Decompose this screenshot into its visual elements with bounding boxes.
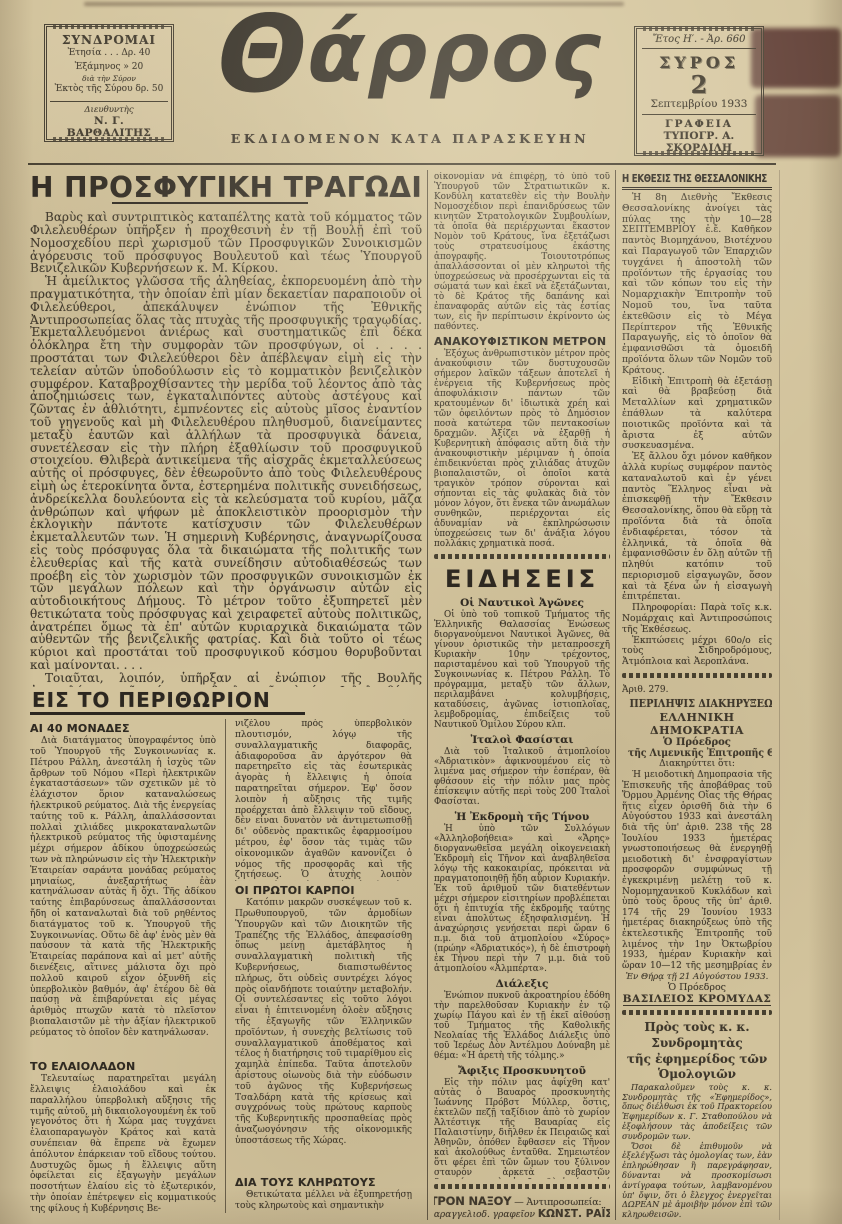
main-headline: Η ΠΡΟΣΦΥΓΙΚΗ ΤΡΑΓΩΔΙΑ xyxy=(30,172,422,204)
signature-name: ΒΑΣΙΛΕΙΟΣ ΚΡΟΜΥΔΑΣ xyxy=(622,993,772,1005)
article-elaioladon: ΤΟ ΕΛΑΙΟΛΑΔΟΝ Τελευταίως παρατηρεῖται με… xyxy=(30,1057,216,1213)
masthead-title-rest: άρρος xyxy=(307,3,602,101)
article-paragraph: Ἐκπτώσεις μέχρι 60ο/ο εἰς τοὺς Σιδηροδρό… xyxy=(622,636,772,668)
issue-box: Ἔτος Η′. - Ἀρ. 660 ΣΥΡΟΣ 2 Σεπτεμβρίου 1… xyxy=(634,26,764,156)
notice-title: ΠΕΡΙΛΗΨΙΣ ΔΙΑΚΗΡΥΞΕΩΣ xyxy=(630,697,765,710)
notice-place-date: Ἐν Θήρᾳ τῇ 21 Αὐγούστου 1933. xyxy=(622,972,772,982)
article-paragraph: Βαρὺς καὶ συντριπτικὸς καταπέλτης κατὰ τ… xyxy=(30,211,422,275)
citron-ad-line2: Παραγγελιοδ. γραφεῖον ΚΩΝΣΤ. ΡΑΪΣΗ xyxy=(434,1208,610,1220)
issue-edition: Ἔτος Η′. - Ἀρ. 660 xyxy=(642,34,756,49)
subscription-box: ΣΥΝΔΡΟΜΑΙ Ἐτησία . . . Δρ. 40 Ἑξάμηνος »… xyxy=(44,24,174,142)
subscribers-notice-body: Παρακαλοῦμεν τοὺς κ. κ. Συνδρομητὰς τῆς … xyxy=(622,1083,772,1220)
director-label: Διευθυντὴς xyxy=(50,101,168,115)
director-name: Ν. Γ. ΒΑΡΘΑΛΙΤΗΣ xyxy=(50,115,168,139)
news-item-title: Ἰταλοὶ Φασίσται xyxy=(434,734,610,746)
news-item-body: Εἰς τὴν πόλιν μας ἀφίχθη κατ' αὐτὰς ὁ Βα… xyxy=(434,1078,610,1179)
notice-subtitle: ΕΛΛΗΝΙΚΗ ΔΗΜΟΚΡΑΤΙΑ xyxy=(622,711,772,737)
article-elaioladon-continuation: νιζέλου πρὸς ὑπερβολικὸν πλουτισμόν, λόγ… xyxy=(235,719,412,881)
citron-ad-brand: ΚΙΤΡΟΝ ΝΑΞΟΥ xyxy=(434,1194,511,1208)
issue-date: Σεπτεμβρίου 1933 xyxy=(642,98,756,115)
offices-name: ΤΥΠΟΓΡ. Α. ΣΚΟΡΔΙΛΗ xyxy=(640,130,758,154)
article-paragraph: Πληροφορίαι: Παρὰ τοῖς κ.κ. Νομάρχαις κα… xyxy=(622,603,772,635)
article-paragraph: Ἡ 8η Διεθνὴς Ἔκθεσις Θεσσαλονίκης ἀνοίγε… xyxy=(622,193,772,377)
subscription-row: Ἐκτὸς τῆς Σύρου δρ. 50 xyxy=(50,83,168,97)
news-item: Ἄφιξις Προσκυνητοῦ Εἰς τὴν πόλιν μας ἀφί… xyxy=(434,1061,610,1179)
notice-body: Ἡ μειοδοτικὴ Δημοπρασία τῆς Ἐπισκευῆς τῆ… xyxy=(622,770,772,970)
signature-name-text: ΒΑΣΙΛΕΙΟΣ ΚΡΟΜΥΔΑΣ xyxy=(623,993,772,1006)
citron-ad-rest: — Ἀντιπροσωπεία: xyxy=(514,1197,601,1208)
article-monades: ΑΙ 40 ΜΟΝΑΔΕΣ Διὰ διατάγματος ὑπογραφέντ… xyxy=(30,719,216,1057)
subscription-row: Ἑξάμηνος » 20 xyxy=(50,61,168,75)
news-item: Διάλεξις Ἐνώπιον πυκνοῦ ἀκροατηρίου ἐδόθ… xyxy=(434,974,610,1061)
article-paragraph: Παρακαλοῦμεν τοὺς κ. κ. Συνδρομητὰς τῆς … xyxy=(622,1083,772,1142)
article-body: Ἐξόχως ἀνθρωπιστικὸν μέτρον πρὸς ἀνακούφ… xyxy=(434,349,610,549)
article-body: Τελευταίως παρατηρεῖται μεγάλη ἔλλειψις … xyxy=(30,1074,216,1213)
chain-divider xyxy=(622,673,772,678)
margin-subcolumn-left: ΑΙ 40 ΜΟΝΑΔΕΣ Διὰ διατάγματος ὑπογραφέντ… xyxy=(30,719,216,1213)
subscribers-title-line: τῆς ἐφημερίδος τῶν Ὁμολογιῶν xyxy=(622,1052,772,1083)
article-paragraph: Ἐξ ἄλλου ὄχι μόνον καθῆκον ἀλλὰ κυρίως σ… xyxy=(622,452,772,603)
news-item-body: Ἡ ὑπὸ τῶν Συλλόγων «Ἀλληλοβοήθεια» καὶ «… xyxy=(434,824,610,974)
issue-day: 2 xyxy=(640,73,758,97)
news-item: Ἰταλοὶ Φασίσται Διὰ τοῦ Ἰταλικοῦ ἀτμοπλο… xyxy=(434,730,610,807)
newspaper-page: ΣΥΝΔΡΟΜΑΙ Ἐτησία . . . Δρ. 40 Ἑξάμηνος »… xyxy=(0,0,842,1224)
news-item: Ἡ Ἐκδρομὴ τῆς Τήνου Ἡ ὑπὸ τῶν Συλλόγων «… xyxy=(434,807,610,974)
news-section-title: ΕΙΔΗΣΕΙΣ xyxy=(434,566,610,592)
citron-ad-line1: ΚΙΤΡΟΝ ΝΑΞΟΥ — Ἀντιπροσωπεία: xyxy=(434,1194,610,1208)
subscribers-notice-title: Πρὸς τοὺς κ. κ. Συνδρομητὰς τῆς ἐφημερίδ… xyxy=(622,1020,772,1082)
article-body: Κατόπιν μακρῶν συσκέψεων τοῦ κ. Πρωθυπου… xyxy=(235,898,412,1146)
subscription-title: ΣΥΝΔΡΟΜΑΙ xyxy=(50,33,168,47)
column-rule xyxy=(779,170,780,1220)
news-item-body: Οἱ ὑπὸ τοῦ τοπικοῦ Τμήματος τῆς Ἑλληνικῆ… xyxy=(434,610,610,730)
subscription-row: Ἐτησία . . . Δρ. 40 xyxy=(50,47,168,61)
masthead-title-initial: Θ xyxy=(217,0,307,116)
article-paragraph: Τοιαῦται, λοιπόν, ὑπῆρξαν αἱ ἐνώπιον τῆς… xyxy=(30,672,422,687)
scan-stain-top-right-2 xyxy=(755,95,841,157)
right-column: Η ΕΚΘΕΣΙΣ ΤΗΣ ΘΕΣΣΑΛΟΝΙΚΗΣ Ἡ 8η Διεθνὴς … xyxy=(622,172,772,1220)
news-item-title: Ἡ Ἐκδρομὴ τῆς Τήνου xyxy=(434,811,610,823)
masthead-subtitle: ΕΚΔΙΔΟΜΕΝΟΝ ΚΑΤΑ ΠΑΡΑΣΚΕΥΗΝ xyxy=(190,131,630,146)
scan-stain-top-right-1 xyxy=(751,28,841,88)
article-paragraph: Ὅσοι δὲ ἐπιθυμοῦν νὰ ἐξελέγξωσι τὰς ὁμολ… xyxy=(622,1142,772,1220)
masthead-title: Θάρρος xyxy=(190,2,630,108)
notice-line: Ὁ Πρόεδρος xyxy=(622,737,772,748)
news-items: Οἱ Ναυτικοὶ Ἀγῶνες Οἱ ὑπὸ τοῦ τοπικοῦ Τμ… xyxy=(434,593,610,1179)
expo-article: Ἡ 8η Διεθνὴς Ἔκθεσις Θεσσαλονίκης ἀνοίγε… xyxy=(622,193,772,668)
margin-subcolumn-right: νιζέλου πρὸς ὑπερβολικὸν πλουτισμόν, λόγ… xyxy=(225,719,412,1213)
article-title: ΟΙ ΠΡΩΤΟΙ ΚΑΡΠΟΙ xyxy=(235,884,412,897)
article-title: ΑΝΑΚΟΥΦΙΣΤΙΚΟΝ ΜΕΤΡΟΝ xyxy=(434,335,610,348)
subscribers-title-line: Πρὸς τοὺς κ. κ. Συνδρομητὰς xyxy=(622,1020,772,1051)
article-body: Διὰ διατάγματος ὑπογραφέντος ὑπὸ τοῦ Ὑπο… xyxy=(30,736,216,1038)
citron-ad: ΚΙΤΡΟΝ ΝΑΞΟΥ — Ἀντιπροσωπεία: Παραγγελιο… xyxy=(434,1179,610,1220)
margin-section: ΑΙ 40 ΜΟΝΑΔΕΣ Διὰ διατάγματος ὑπογραφέντ… xyxy=(30,719,422,1213)
article-paragraph: Εἰδικὴ Ἐπιτροπὴ θὰ ἐξετάσῃ καὶ θὰ βραβεύ… xyxy=(622,377,772,453)
header-rule xyxy=(28,163,776,165)
notice-line: τῆς Λιμενικῆς Ἐπιτροπῆς Θήρας xyxy=(628,748,766,759)
chain-divider xyxy=(434,554,610,559)
news-item-title: Οἱ Ναυτικοὶ Ἀγῶνες xyxy=(434,597,610,609)
article-paragraph: Ἡ ἀμείλικτος γλῶσσα τῆς ἀληθείας, ἐκπορε… xyxy=(30,275,422,672)
article-title: ΔΙΑ ΤΟΥΣ ΚΛΗΡΩΤΟΥΣ xyxy=(235,1176,412,1189)
news-item-title: Ἄφιξις Προσκυνητοῦ xyxy=(434,1065,610,1077)
citron-ad-agent: ΚΩΝΣΤ. ΡΑΪΣΗ xyxy=(538,1208,610,1220)
subscription-row: διὰ τὴν Σύρον xyxy=(50,74,168,83)
news-item-body: Διὰ τοῦ Ἰταλικοῦ ἀτμοπλοίου «Ἀδριατικὸν»… xyxy=(434,747,610,807)
column-rule xyxy=(615,170,616,1220)
article-title: ΤΟ ΕΛΑΙΟΛΑΔΟΝ xyxy=(30,1060,216,1073)
notice-line: Διακηρύττει ὅτι: xyxy=(622,759,772,769)
chain-divider xyxy=(434,1184,610,1189)
article-klirotous: ΔΙΑ ΤΟΥΣ ΚΛΗΡΩΤΟΥΣ Θετικώτατα μέλλει νὰ … xyxy=(235,1173,412,1213)
expo-article-title: Η ΕΚΘΕΣΙΣ ΤΗΣ ΘΕΣΣΑΛΟΝΙΚΗΣ xyxy=(622,172,772,190)
news-item: Οἱ Ναυτικοὶ Ἀγῶνες Οἱ ὑπὸ τοῦ τοπικοῦ Τμ… xyxy=(434,593,610,730)
left-column: Η ΠΡΟΣΦΥΓΙΚΗ ΤΡΑΓΩΔΙΑ Βαρὺς καὶ συντριπτ… xyxy=(30,172,422,1220)
article-body: Θετικώτατα μέλλει νὰ ἐξυπηρετήσῃ τοὺς κλ… xyxy=(235,1190,412,1212)
news-column: οἰκονομίαν νὰ ἐπιφέρῃ, τὸ ὑπὸ τοῦ Ὑπουργ… xyxy=(434,172,610,1220)
notice-number: Ἀριθ. 279. xyxy=(622,685,772,695)
article-karpoi: ΟΙ ΠΡΩΤΟΙ ΚΑΡΠΟΙ Κατόπιν μακρῶν συσκέψεω… xyxy=(235,881,412,1173)
column-rule xyxy=(427,170,428,1220)
offices-label: ΓΡΑΦΕΙΑ xyxy=(640,118,758,130)
chain-divider xyxy=(622,1010,772,1015)
klirotous-continuation: οἰκονομίαν νὰ ἐπιφέρῃ, τὸ ὑπὸ τοῦ Ὑπουργ… xyxy=(434,172,610,332)
article-title: ΑΙ 40 ΜΟΝΑΔΕΣ xyxy=(30,722,216,735)
article-body: νιζέλου πρὸς ὑπερβολικὸν πλουτισμόν, λόγ… xyxy=(235,719,412,881)
news-item-title: Διάλεξις xyxy=(434,978,610,990)
citron-ad-prefix: Παραγγελιοδ. γραφεῖον xyxy=(434,1210,535,1220)
signature-label: Ὁ Πρόεδρος xyxy=(622,982,772,993)
news-item-body: Ἐνώπιον πυκνοῦ ἀκροατηρίου ἐδόθη τὴν παρ… xyxy=(434,991,610,1061)
main-article: Βαρὺς καὶ συντριπτικὸς καταπέλτης κατὰ τ… xyxy=(30,211,422,687)
margin-section-headline: ΕΙΣ ΤΟ ΠΕΡΙΘΩΡΙΟΝ xyxy=(30,689,305,715)
